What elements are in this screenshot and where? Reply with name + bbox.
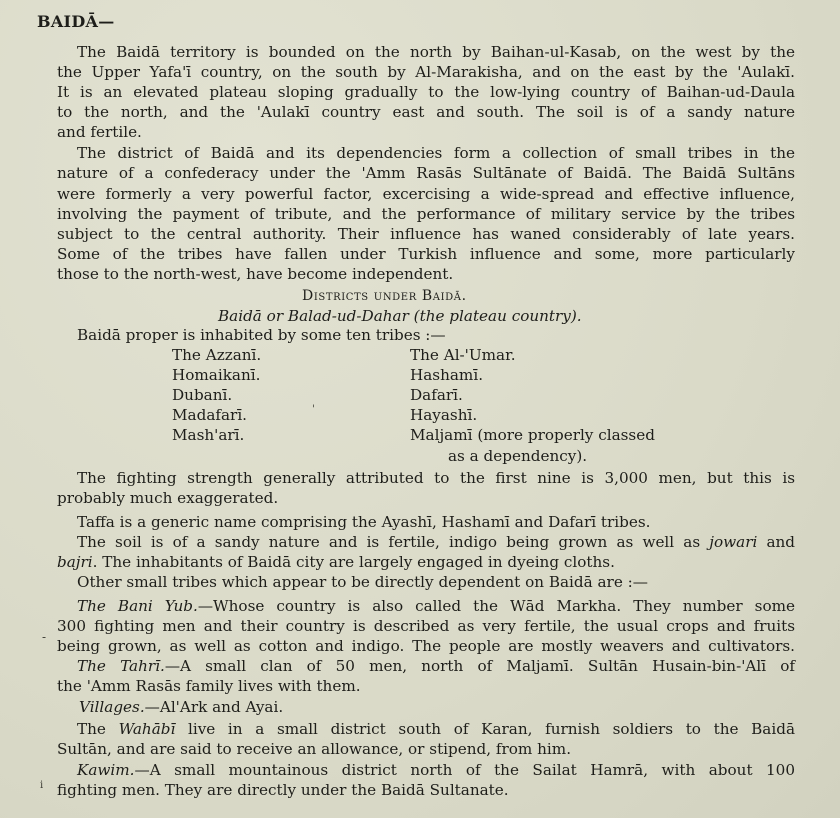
- page-heading: BAIDĀ—: [37, 12, 115, 32]
- bani-yub-text1: —Whose country is also called the Wād Ma…: [198, 597, 795, 615]
- wahabi-text1: live in a small district south of Karan,…: [175, 720, 795, 738]
- kawim-line2: fighting men. They are directly under th…: [57, 780, 509, 800]
- para2-line4: involving the payment of tribute, and th…: [57, 204, 795, 224]
- tribe-right-5: Maljamī (more properly classed: [410, 425, 655, 445]
- tahri-line1: The Tahrī.—A small clan of 50 men, north…: [77, 656, 795, 676]
- document-page: BAIDĀ— The Baidā territory is bounded on…: [0, 0, 840, 818]
- tribe-right-1: The Al-'Umar.: [410, 345, 516, 365]
- bani-yub-line2: 300 fighting men and their country is de…: [57, 616, 795, 636]
- section-title: Districts under Baidā.: [302, 286, 467, 306]
- para2-line6: Some of the tribes have fallen under Tur…: [57, 244, 795, 264]
- tribe-left-5: Mash'arī.: [172, 425, 244, 445]
- tribe-right-4: Hayashī.: [410, 405, 477, 425]
- para3-line1: The fighting strength generally attribut…: [77, 468, 795, 488]
- wahabi-title: Wahābī: [119, 720, 176, 738]
- tribes-intro: Baidā proper is inhabited by some ten tr…: [77, 325, 446, 345]
- para6: Other small tribes which appear to be di…: [77, 572, 648, 592]
- para1-line4: to the north, and the 'Aulakī country ea…: [57, 102, 795, 122]
- tribe-left-4: Madafarī.: [172, 405, 247, 425]
- para1-line2: the Upper Yafa'ī country, on the south b…: [57, 62, 795, 82]
- para5-and: and: [757, 533, 795, 551]
- bani-yub-title: The Bani Yub.: [77, 597, 198, 615]
- scan-mark: ': [312, 404, 315, 415]
- bani-yub-line1: The Bani Yub.—Whose country is also call…: [77, 596, 795, 616]
- villages-text: —Al'Ark and Ayai.: [145, 698, 284, 716]
- term-bajri: bajri: [57, 553, 93, 571]
- para2-line1: The district of Baidā and its dependenci…: [77, 143, 795, 163]
- para1-line5: and fertile.: [57, 122, 142, 142]
- kawim-text1: —A small mountainous district north of t…: [135, 761, 796, 779]
- para2-line3: were formerly a very powerful factor, ex…: [57, 184, 795, 204]
- term-jowari: jowari: [709, 533, 757, 551]
- scan-mark: i: [40, 780, 43, 791]
- kawim-line1: Kawim.—A small mountainous district nort…: [77, 760, 795, 780]
- tribe-left-1: The Azzanī.: [172, 345, 261, 365]
- para1-line1: The Baidā territory is bounded on the no…: [77, 42, 795, 62]
- para5-line1: The soil is of a sandy nature and is fer…: [77, 532, 795, 552]
- villages-line: Villages.—Al'Ark and Ayai.: [79, 697, 283, 717]
- para5-text2: . The inhabitants of Baidā city are larg…: [93, 553, 615, 571]
- tahri-text1: —A small clan of 50 men, north of Maljam…: [165, 657, 795, 675]
- tribe-right-3: Dafarī.: [410, 385, 463, 405]
- para2-line5: subject to the central authority. Their …: [57, 224, 795, 244]
- tahri-title: The Tahrī.: [77, 657, 165, 675]
- para5-text: The soil is of a sandy nature and is fer…: [77, 533, 700, 551]
- para4: Taffa is a generic name comprising the A…: [77, 512, 650, 532]
- para3-line2: probably much exaggerated.: [57, 488, 278, 508]
- tribe-right-5-cont: as a dependency).: [448, 446, 587, 466]
- para1-line3: It is an elevated plateau sloping gradua…: [57, 82, 795, 102]
- subsection-title: Baidā or Balad-ud-Dahar (the plateau cou…: [218, 306, 582, 326]
- wahabi-line2: Sultān, and are said to receive an allow…: [57, 739, 571, 759]
- scan-mark: -: [42, 630, 46, 644]
- wahabi-pre: The: [77, 720, 119, 738]
- tahri-line2: the 'Amm Rasās family lives with them.: [57, 676, 361, 696]
- kawim-title: Kawim.: [77, 761, 135, 779]
- para2-line7: those to the north-west, have become ind…: [57, 264, 453, 284]
- tribe-left-3: Dubanī.: [172, 385, 232, 405]
- para5-line2: bajri. The inhabitants of Baidā city are…: [57, 552, 615, 572]
- tribe-right-2: Hashamī.: [410, 365, 483, 385]
- para2-line2: nature of a confederacy under the 'Amm R…: [57, 163, 795, 183]
- tribe-left-2: Homaikanī.: [172, 365, 260, 385]
- bani-yub-line3: being grown, as well as cotton and indig…: [57, 636, 795, 656]
- villages-title: Villages.: [79, 698, 145, 716]
- wahabi-line1: The Wahābī live in a small district sout…: [77, 719, 795, 739]
